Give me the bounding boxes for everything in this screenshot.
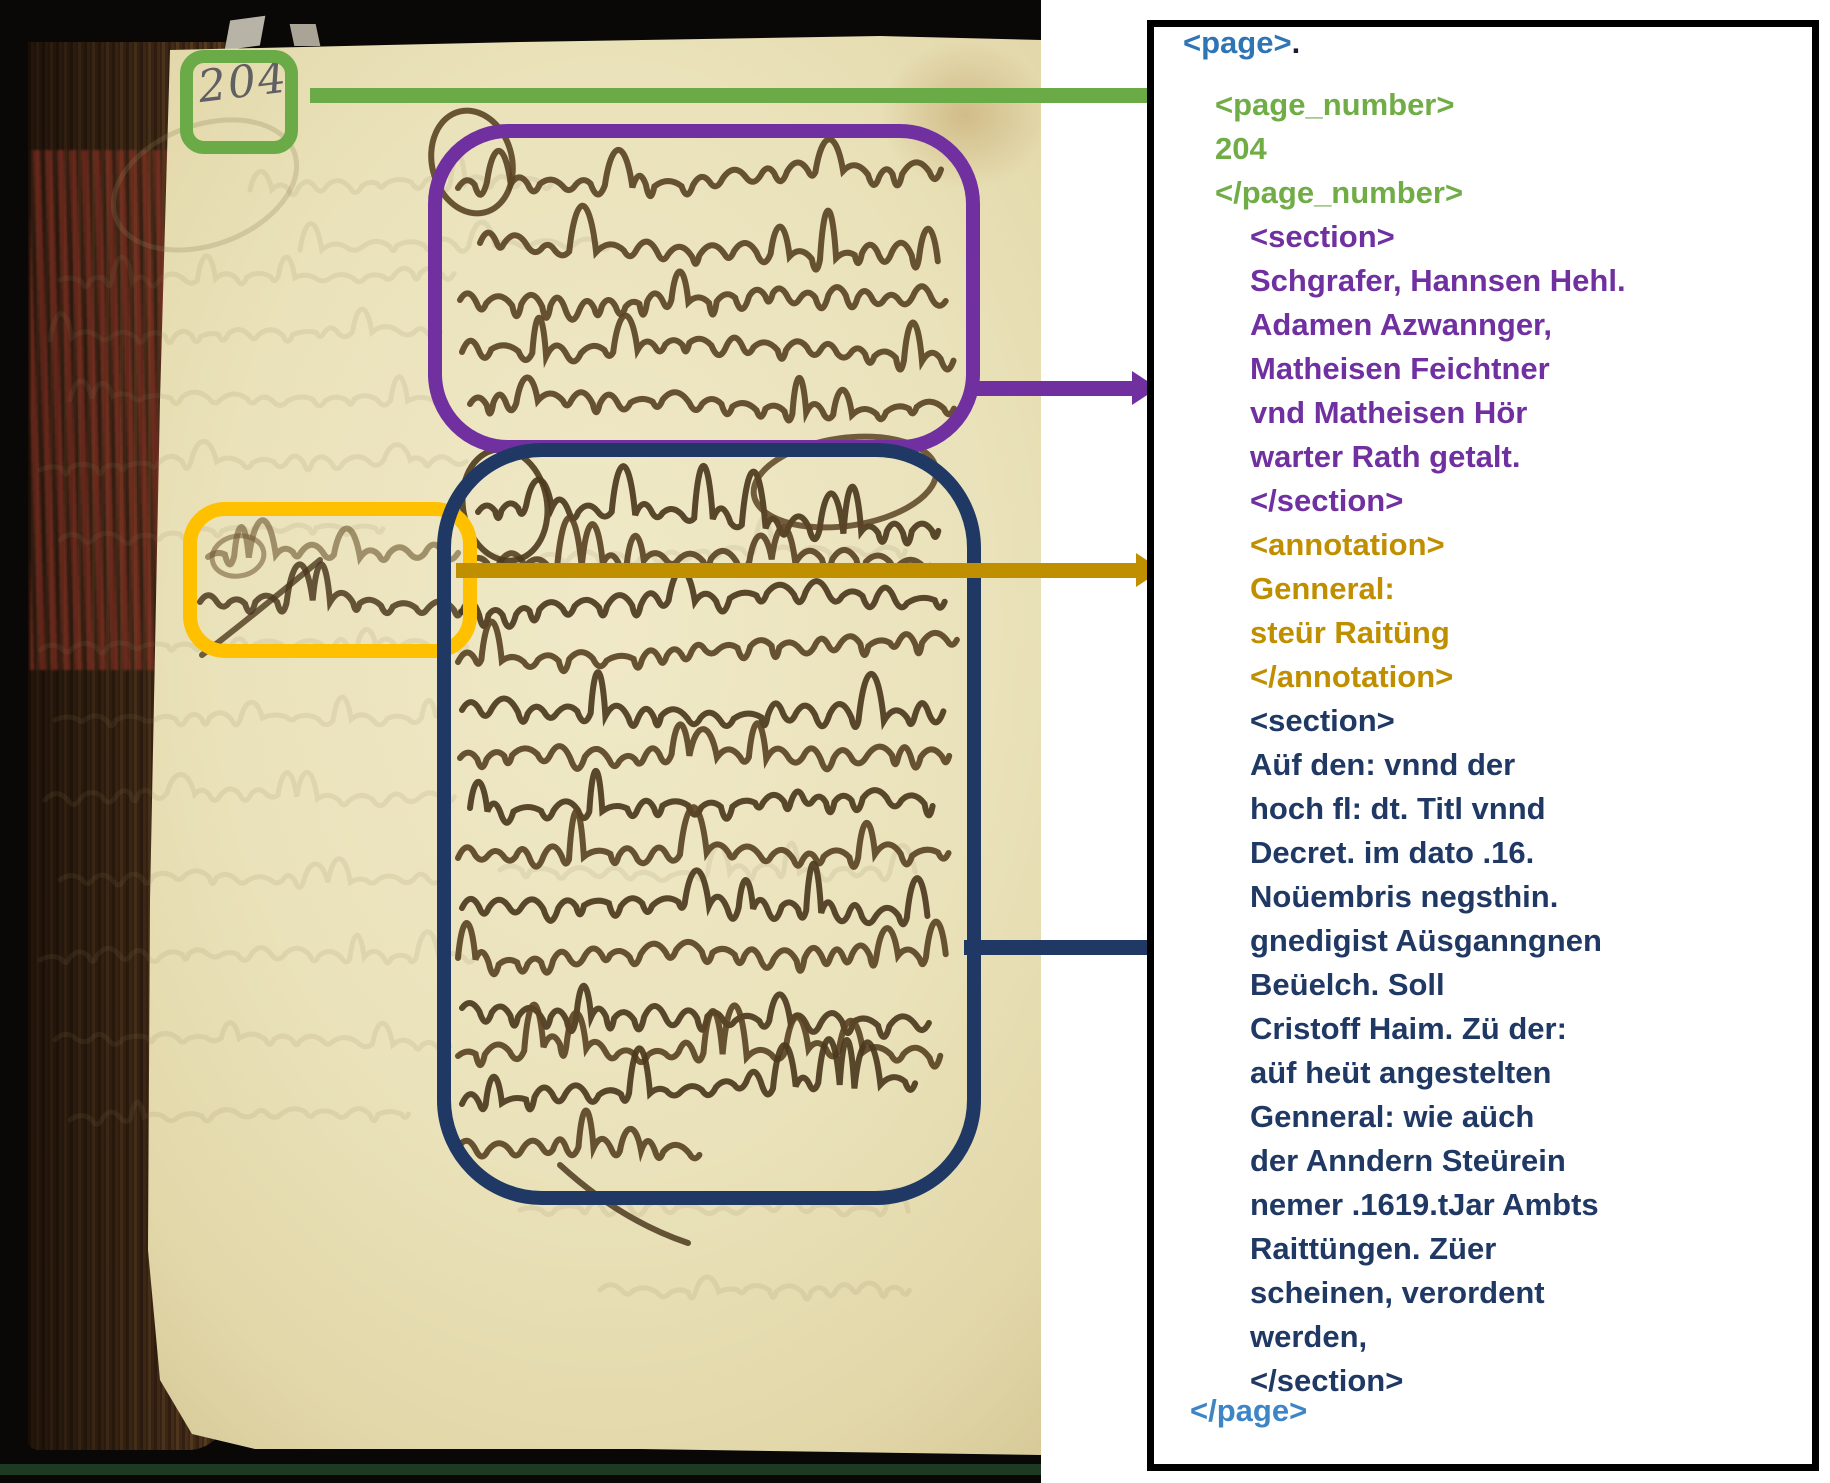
annotation-box	[183, 502, 477, 658]
figure-canvas: 204 <page>.<page_number>204</page_number…	[0, 0, 1830, 1483]
section1-arrow	[968, 371, 1134, 405]
annotation-arrow	[456, 553, 1138, 587]
page-number-box	[180, 50, 298, 154]
table-edge-strip	[0, 1464, 1041, 1475]
transcription-panel	[1147, 20, 1819, 1471]
section2-arrow	[964, 930, 1156, 964]
page-number-arrow	[310, 78, 1178, 112]
section1-box	[428, 124, 980, 454]
